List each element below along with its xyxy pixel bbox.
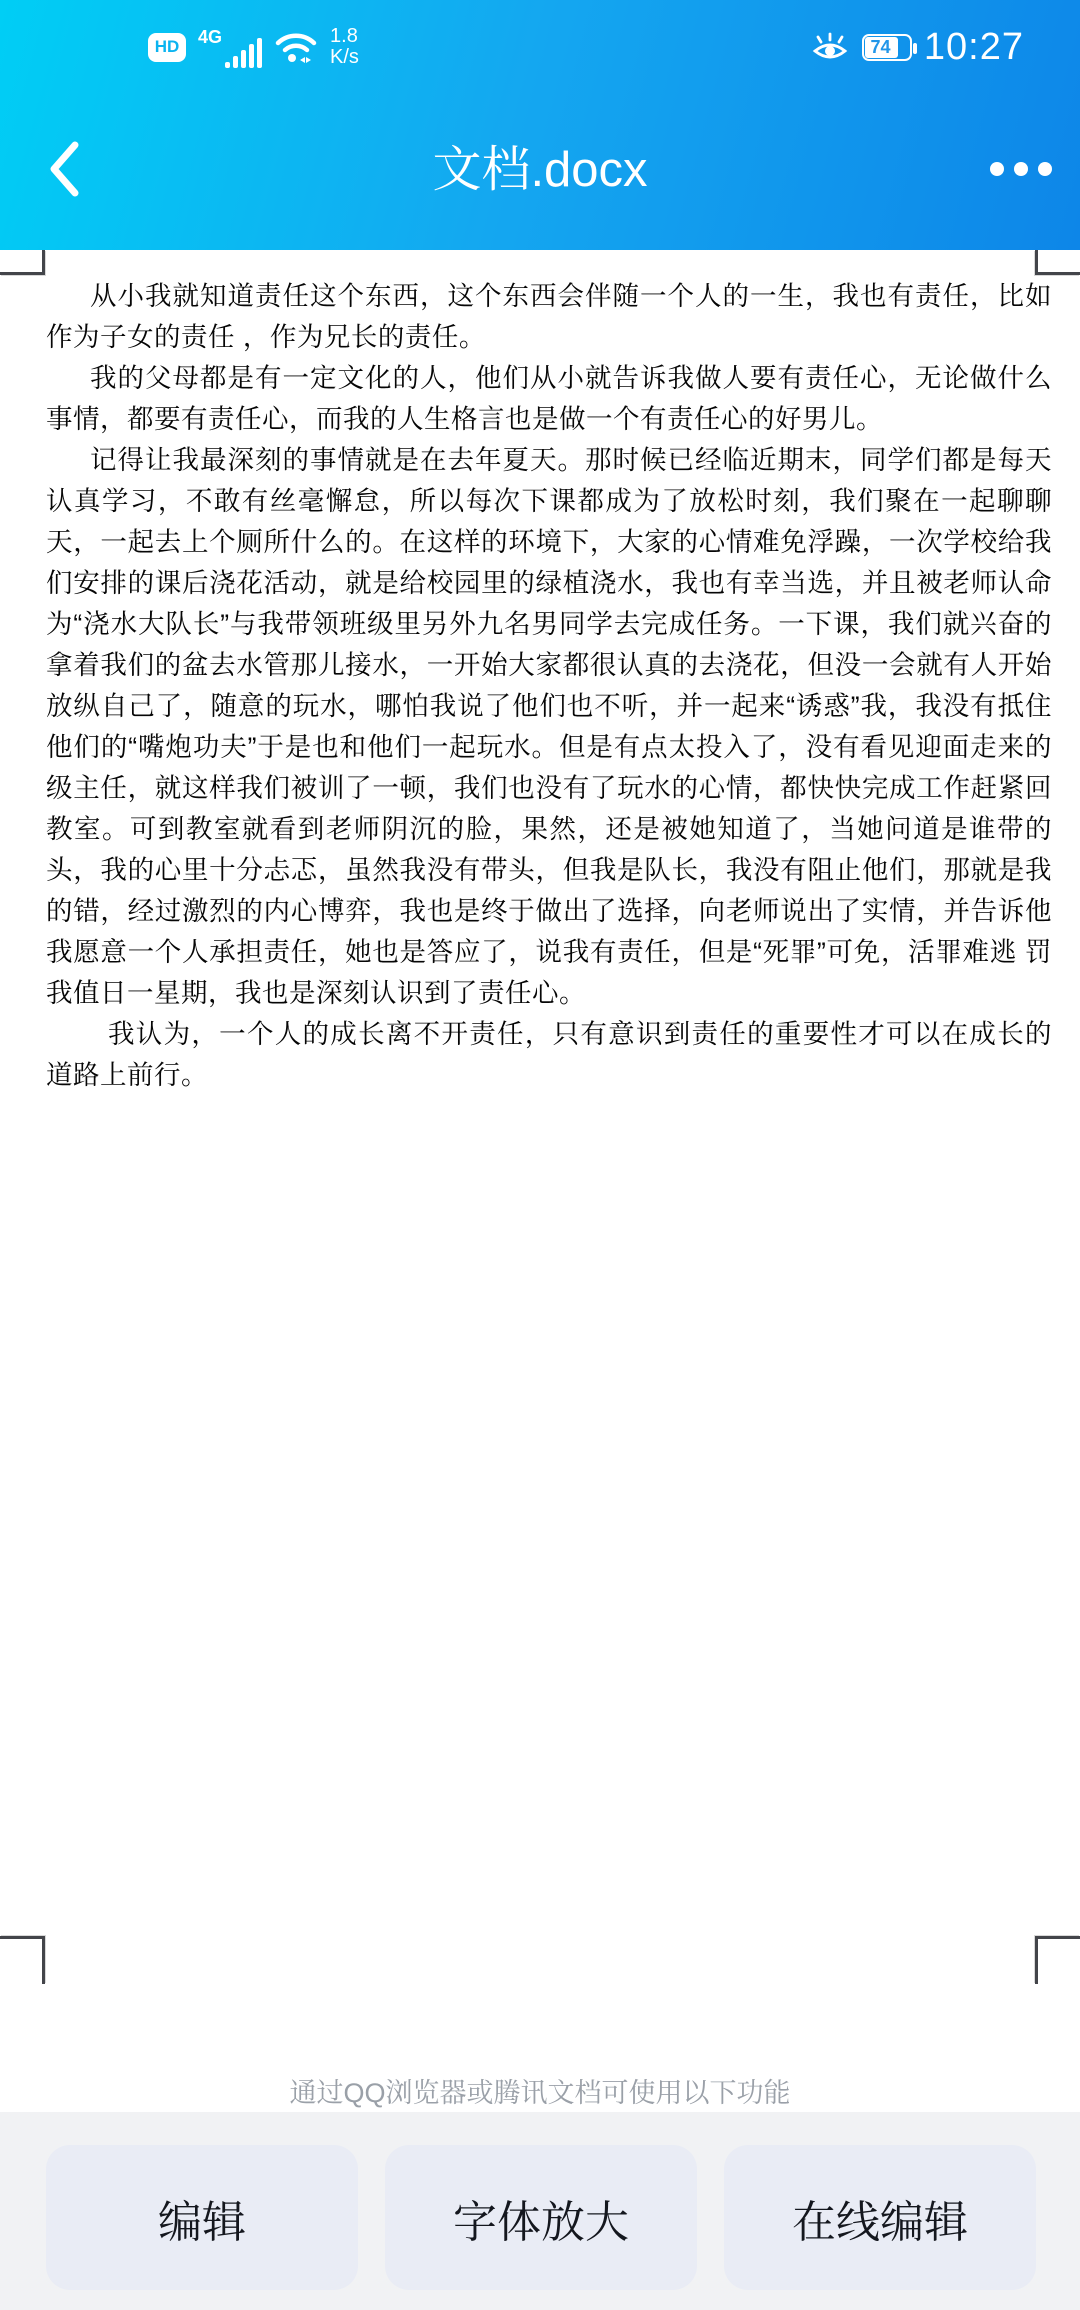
page-corner-mark-top-left bbox=[0, 250, 45, 275]
edit-button[interactable]: 编辑 bbox=[46, 2145, 358, 2290]
paragraph: 记得让我最深刻的事情就是在去年夏天。那时候已经临近期末，同学们都是每天认真学习，… bbox=[46, 440, 1052, 1014]
speed-unit: K/s bbox=[330, 47, 359, 68]
document-page[interactable]: 从小我就知道责任这个东西，这个东西会伴随一个人的一生，我也有责任，比如作为子女的… bbox=[0, 250, 1080, 2112]
enlarge-font-button[interactable]: 字体放大 bbox=[385, 2145, 697, 2290]
cellular-signal-icon: 4G bbox=[198, 26, 262, 68]
dot-icon bbox=[1014, 162, 1028, 176]
status-left-cluster: HD 4G 1.8 K/s bbox=[148, 26, 359, 68]
network-speed: 1.8 K/s bbox=[330, 26, 359, 68]
dot-icon bbox=[1038, 162, 1052, 176]
page-corner-mark-top-right bbox=[1035, 250, 1080, 275]
more-menu-button[interactable] bbox=[990, 162, 1052, 176]
back-chevron-icon bbox=[47, 140, 81, 198]
status-right-cluster: 74 10:27 bbox=[810, 26, 1024, 69]
phone-screen: HD 4G 1.8 K/s bbox=[0, 0, 1080, 2310]
battery-icon: 74 bbox=[862, 34, 912, 61]
bottom-action-panel: 编辑 字体放大 在线编辑 bbox=[0, 2112, 1080, 2310]
page-corner-mark-bottom-left bbox=[0, 1936, 45, 1984]
feature-hint-text: 通过QQ浏览器或腾讯文档可使用以下功能 bbox=[0, 2078, 1080, 2108]
signal-bars-icon bbox=[225, 38, 262, 68]
app-header: HD 4G 1.8 K/s bbox=[0, 0, 1080, 250]
online-edit-button[interactable]: 在线编辑 bbox=[724, 2145, 1036, 2290]
nav-bar: 文档.docx bbox=[0, 88, 1080, 250]
eye-comfort-icon bbox=[810, 31, 850, 63]
battery-nub bbox=[913, 43, 917, 54]
speed-value: 1.8 bbox=[330, 26, 359, 47]
battery-percent: 74 bbox=[864, 36, 897, 59]
document-body: 从小我就知道责任这个东西，这个东西会伴随一个人的一生，我也有责任，比如作为子女的… bbox=[0, 250, 1080, 1096]
wifi-icon bbox=[274, 29, 318, 65]
page-corner-mark-bottom-right bbox=[1035, 1936, 1080, 1984]
paragraph: 我认为，一个人的成长离不开责任，只有意识到责任的重要性才可以在成长的道路上前行。 bbox=[46, 1014, 1052, 1096]
status-bar: HD 4G 1.8 K/s bbox=[0, 0, 1080, 88]
paragraph: 从小我就知道责任这个东西，这个东西会伴随一个人的一生，我也有责任，比如作为子女的… bbox=[46, 276, 1052, 358]
hd-voice-icon: HD bbox=[148, 33, 186, 62]
dot-icon bbox=[990, 162, 1004, 176]
paragraph: 我的父母都是有一定文化的人，他们从小就告诉我做人要有责任心，无论做什么事情，都要… bbox=[46, 358, 1052, 440]
back-button[interactable] bbox=[40, 137, 88, 201]
document-title: 文档.docx bbox=[432, 131, 647, 201]
network-type-label: 4G bbox=[198, 28, 222, 46]
clock: 10:27 bbox=[924, 26, 1024, 69]
